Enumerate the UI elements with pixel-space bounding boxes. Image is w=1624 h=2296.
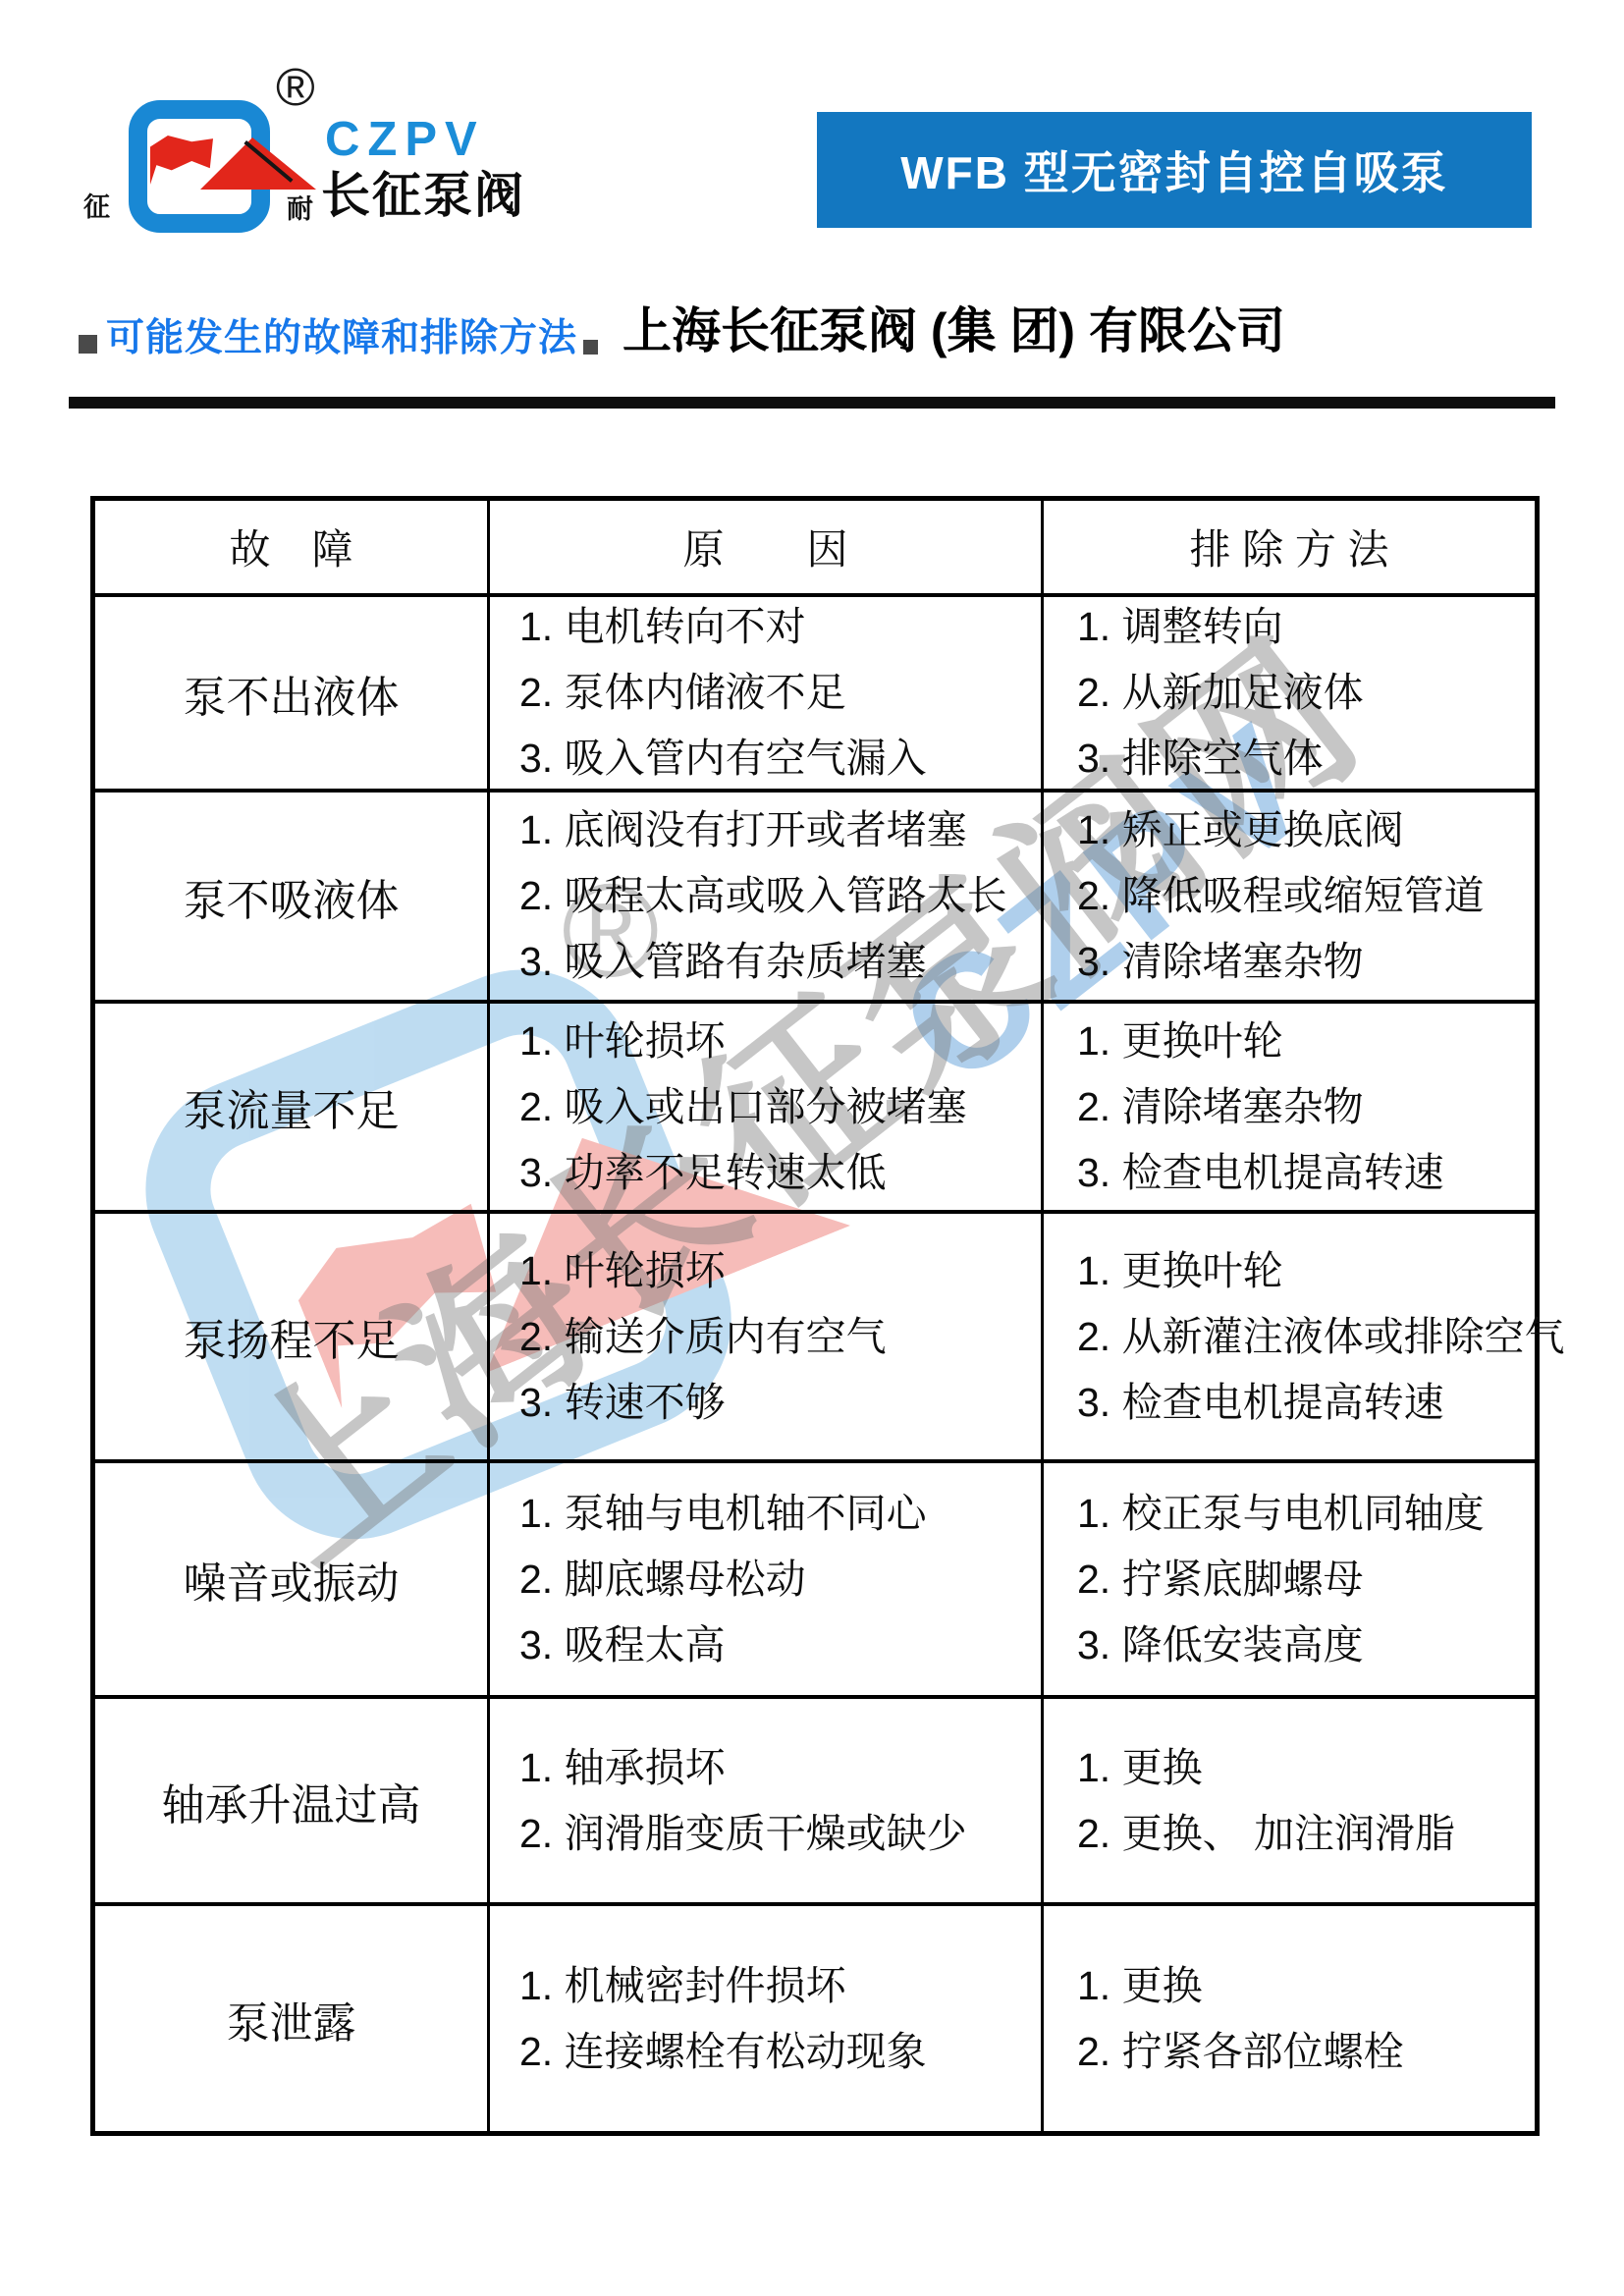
column-header-cause: 原 因 [487,501,1041,593]
cause-item: 1. 底阀没有打开或者堵塞 [519,797,1041,863]
column-header-label: 故 障 [229,518,352,576]
cause-item: 1. 轴承损坏 [519,1735,1041,1801]
logo-small-char-right: 耐 [287,196,313,223]
fault-cell: 泵不吸液体 [95,789,487,1000]
fault-cell: 泵不出液体 [95,593,487,789]
remedy-item: 1. 调整转向 [1077,594,1535,660]
troubleshooting-table: 故 障 原 因 排 除 方 法 泵不出液体 1. 电机转向不对 2. 泵体内储液… [90,496,1540,2136]
fault-label: 泵不出液体 [184,662,400,725]
remedy-cell: 1. 矫正或更换底阀 2. 降低吸程或缩短管道 3. 清除堵塞杂物 [1041,789,1535,1000]
remedy-cell: 1. 更换叶轮 2. 清除堵塞杂物 3. 检查电机提高转速 [1041,1000,1535,1210]
fault-label: 泵不吸液体 [184,865,400,928]
cause-item: 1. 叶轮损坏 [519,1009,1041,1074]
square-bullet-icon [583,340,598,355]
registered-trademark-icon: ® [276,61,315,114]
cause-item: 2. 连接螺栓有松动现象 [519,2019,1041,2085]
cause-cell: 1. 轴承损坏 2. 润滑脂变质干燥或缺少 [487,1695,1041,1902]
logo-brand-cn: 长征泵阀 [321,169,525,223]
remedy-item: 2. 从新加足液体 [1077,660,1535,726]
column-header-label: 原 因 [682,518,847,576]
fault-cell: 泵扬程不足 [95,1210,487,1459]
logo-brand-en: CZPV [325,116,485,164]
remedy-item: 1. 更换 [1077,1735,1535,1801]
remedy-item: 3. 清除堵塞杂物 [1077,929,1535,995]
product-banner: WFB 型无密封自控自吸泵 [817,112,1532,228]
cause-item: 2. 润滑脂变质干燥或缺少 [519,1801,1041,1867]
company-name: 上海长征泵阀 (集 团) 有限公司 [623,304,1285,358]
remedy-item: 1. 矫正或更换底阀 [1077,797,1535,863]
product-banner-text: WFB 型无密封自控自吸泵 [900,137,1448,202]
cause-item: 3. 吸入管内有空气漏入 [519,726,1041,792]
column-header-label: 排 除 方 法 [1189,518,1388,576]
remedy-item: 3. 排除空气体 [1077,726,1535,792]
cause-item: 2. 泵体内储液不足 [519,660,1041,726]
remedy-item: 3. 降低安装高度 [1077,1613,1535,1678]
fault-cell: 噪音或振动 [95,1459,487,1695]
remedy-item: 1. 更换 [1077,1953,1535,2019]
remedy-item: 2. 拧紧各部位螺栓 [1077,2019,1535,2085]
fault-label: 噪音或振动 [184,1548,400,1611]
cause-item: 1. 电机转向不对 [519,594,1041,660]
remedy-item: 2. 清除堵塞杂物 [1077,1074,1535,1140]
remedy-item: 2. 从新灌注液体或排除空气 [1077,1304,1535,1370]
remedy-item: 2. 更换、 加注润滑脂 [1077,1801,1535,1867]
header-divider [69,397,1555,409]
remedy-item: 3. 检查电机提高转速 [1077,1370,1535,1436]
cause-item: 2. 脚底螺母松动 [519,1547,1041,1613]
document-page: ® CZPV 上海长征泵阀网 ® CZPV 长征泵阀 征 耐 WFB 型无密封自… [0,0,1624,2296]
remedy-item: 1. 更换叶轮 [1077,1238,1535,1304]
remedy-cell: 1. 更换叶轮 2. 从新灌注液体或排除空气 3. 检查电机提高转速 [1041,1210,1535,1459]
cause-cell: 1. 叶轮损坏 2. 输送介质内有空气 3. 转速不够 [487,1210,1041,1459]
cause-item: 1. 叶轮损坏 [519,1238,1041,1304]
cause-item: 3. 功率不足转速太低 [519,1140,1041,1206]
remedy-cell: 1. 更换 2. 更换、 加注润滑脂 [1041,1695,1535,1902]
cause-cell: 1. 底阀没有打开或者堵塞 2. 吸程太高或吸入管路太长 3. 吸入管路有杂质堵… [487,789,1041,1000]
column-header-fault: 故 障 [95,501,487,593]
cause-cell: 1. 叶轮损坏 2. 吸入或出口部分被堵塞 3. 功率不足转速太低 [487,1000,1041,1210]
fault-cell: 泵泄露 [95,1902,487,2131]
fault-cell: 轴承升温过高 [95,1695,487,1902]
fault-label: 泵泄露 [227,1988,356,2050]
remedy-item: 2. 拧紧底脚螺母 [1077,1547,1535,1613]
fault-label: 泵扬程不足 [184,1305,400,1368]
column-header-remedy: 排 除 方 法 [1041,501,1535,593]
cause-item: 2. 吸入或出口部分被堵塞 [519,1074,1041,1140]
remedy-cell: 1. 调整转向 2. 从新加足液体 3. 排除空气体 [1041,593,1535,789]
cause-cell: 1. 电机转向不对 2. 泵体内储液不足 3. 吸入管内有空气漏入 [487,593,1041,789]
remedy-item: 2. 降低吸程或缩短管道 [1077,863,1535,929]
section-title: 可能发生的故障和排除方法 [106,318,577,360]
cause-item: 2. 吸程太高或吸入管路太长 [519,863,1041,929]
fault-label: 轴承升温过高 [162,1770,421,1832]
cause-item: 3. 吸入管路有杂质堵塞 [519,929,1041,995]
fault-cell: 泵流量不足 [95,1000,487,1210]
cause-item: 3. 吸程太高 [519,1613,1041,1678]
cause-item: 3. 转速不够 [519,1370,1041,1436]
cause-item: 1. 机械密封件损坏 [519,1953,1041,2019]
remedy-cell: 1. 校正泵与电机同轴度 2. 拧紧底脚螺母 3. 降低安装高度 [1041,1459,1535,1695]
remedy-cell: 1. 更换 2. 拧紧各部位螺栓 [1041,1902,1535,2131]
cause-cell: 1. 机械密封件损坏 2. 连接螺栓有松动现象 [487,1902,1041,2131]
cause-item: 2. 输送介质内有空气 [519,1304,1041,1370]
fault-label: 泵流量不足 [184,1075,400,1138]
square-bullet-icon [79,335,97,354]
remedy-item: 1. 校正泵与电机同轴度 [1077,1481,1535,1547]
cause-cell: 1. 泵轴与电机轴不同心 2. 脚底螺母松动 3. 吸程太高 [487,1459,1041,1695]
remedy-item: 3. 检查电机提高转速 [1077,1140,1535,1206]
cause-item: 1. 泵轴与电机轴不同心 [519,1481,1041,1547]
remedy-item: 1. 更换叶轮 [1077,1009,1535,1074]
logo-small-char-left: 征 [83,194,110,221]
